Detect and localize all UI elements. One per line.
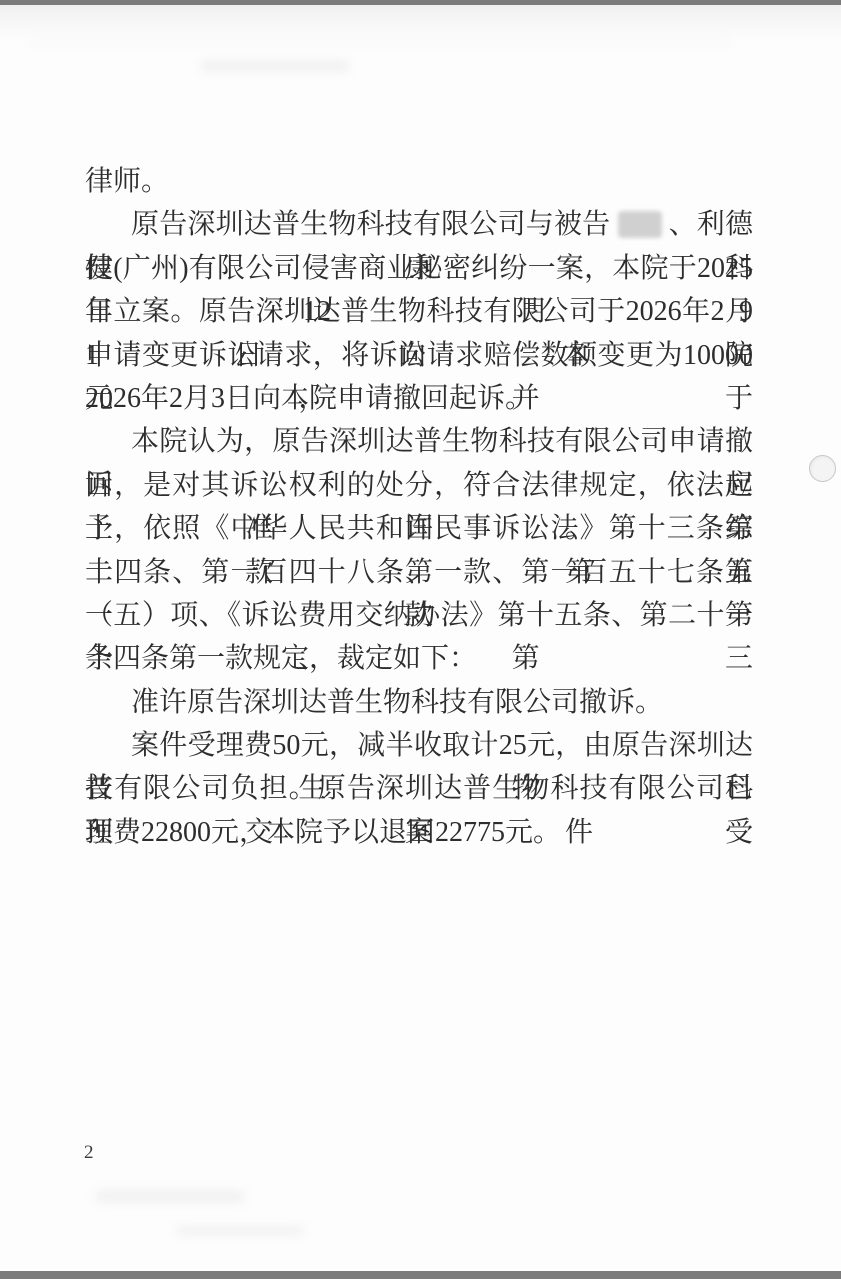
line-fees-1: 案件受理费50元，减半收取计25元，由原告深圳达普生物科	[85, 724, 753, 767]
redaction-blur	[618, 211, 662, 238]
line-claim-amount: 申请变更诉讼请求，将诉讼请求赔偿数额变更为10000元，并于	[85, 334, 753, 377]
line-court-opinion: 诉，是对其诉讼权利的处分，符合法律规定，依法应予准许。综	[85, 464, 753, 507]
line-claim-change-date: 日立案。原告深圳达普生物科技有限公司于2026年2月1日向本院	[85, 290, 753, 333]
scan-artifact	[95, 1190, 245, 1203]
line-fees-2: 技有限公司负担。原告深圳达普生物科技有限公司已预交案件受	[85, 767, 753, 810]
punch-hole-mark	[809, 455, 836, 482]
ruling-text-body: 律师。 原告深圳达普生物科技有限公司与被告、利德健康科 技(广州)有限公司侵害商…	[85, 160, 753, 854]
scan-top-shading	[0, 5, 841, 41]
line-court-opinion-start: 本院认为，原告深圳达普生物科技有限公司申请撤回起	[85, 420, 753, 463]
line-continuation-lvshi: 律师。	[85, 160, 753, 203]
scan-artifact	[30, 40, 730, 44]
line-law-citation-3: （五）项、《诉讼费用交纳办法》第十五条、第二十一条、第三	[85, 594, 753, 637]
scan-artifact	[200, 60, 350, 72]
line-case-filing: 技(广州)有限公司侵害商业秘密纠纷一案，本院于2025年12月9	[85, 247, 753, 290]
line-ruling-grant-withdrawal: 准许原告深圳达普生物科技有限公司撤诉。	[85, 681, 753, 724]
scanned-court-ruling-page: 律师。 原告深圳达普生物科技有限公司与被告、利德健康科 技(广州)有限公司侵害商…	[0, 0, 841, 1279]
scan-artifact	[175, 1225, 305, 1236]
parties-text-before-redaction: 原告深圳达普生物科技有限公司与被告	[131, 209, 610, 240]
line-parties-with-redaction: 原告深圳达普生物科技有限公司与被告、利德健康科	[85, 203, 753, 246]
scan-edge-bottom	[0, 1271, 841, 1279]
page-number: 2	[84, 1142, 94, 1164]
line-law-citation-1: 上，依照《中华人民共和国民事诉讼法》第十三条第二款、第五	[85, 507, 753, 550]
line-law-citation-2: 十四条、第一百四十八条第一款、第一百五十七条第一款第	[85, 551, 753, 594]
